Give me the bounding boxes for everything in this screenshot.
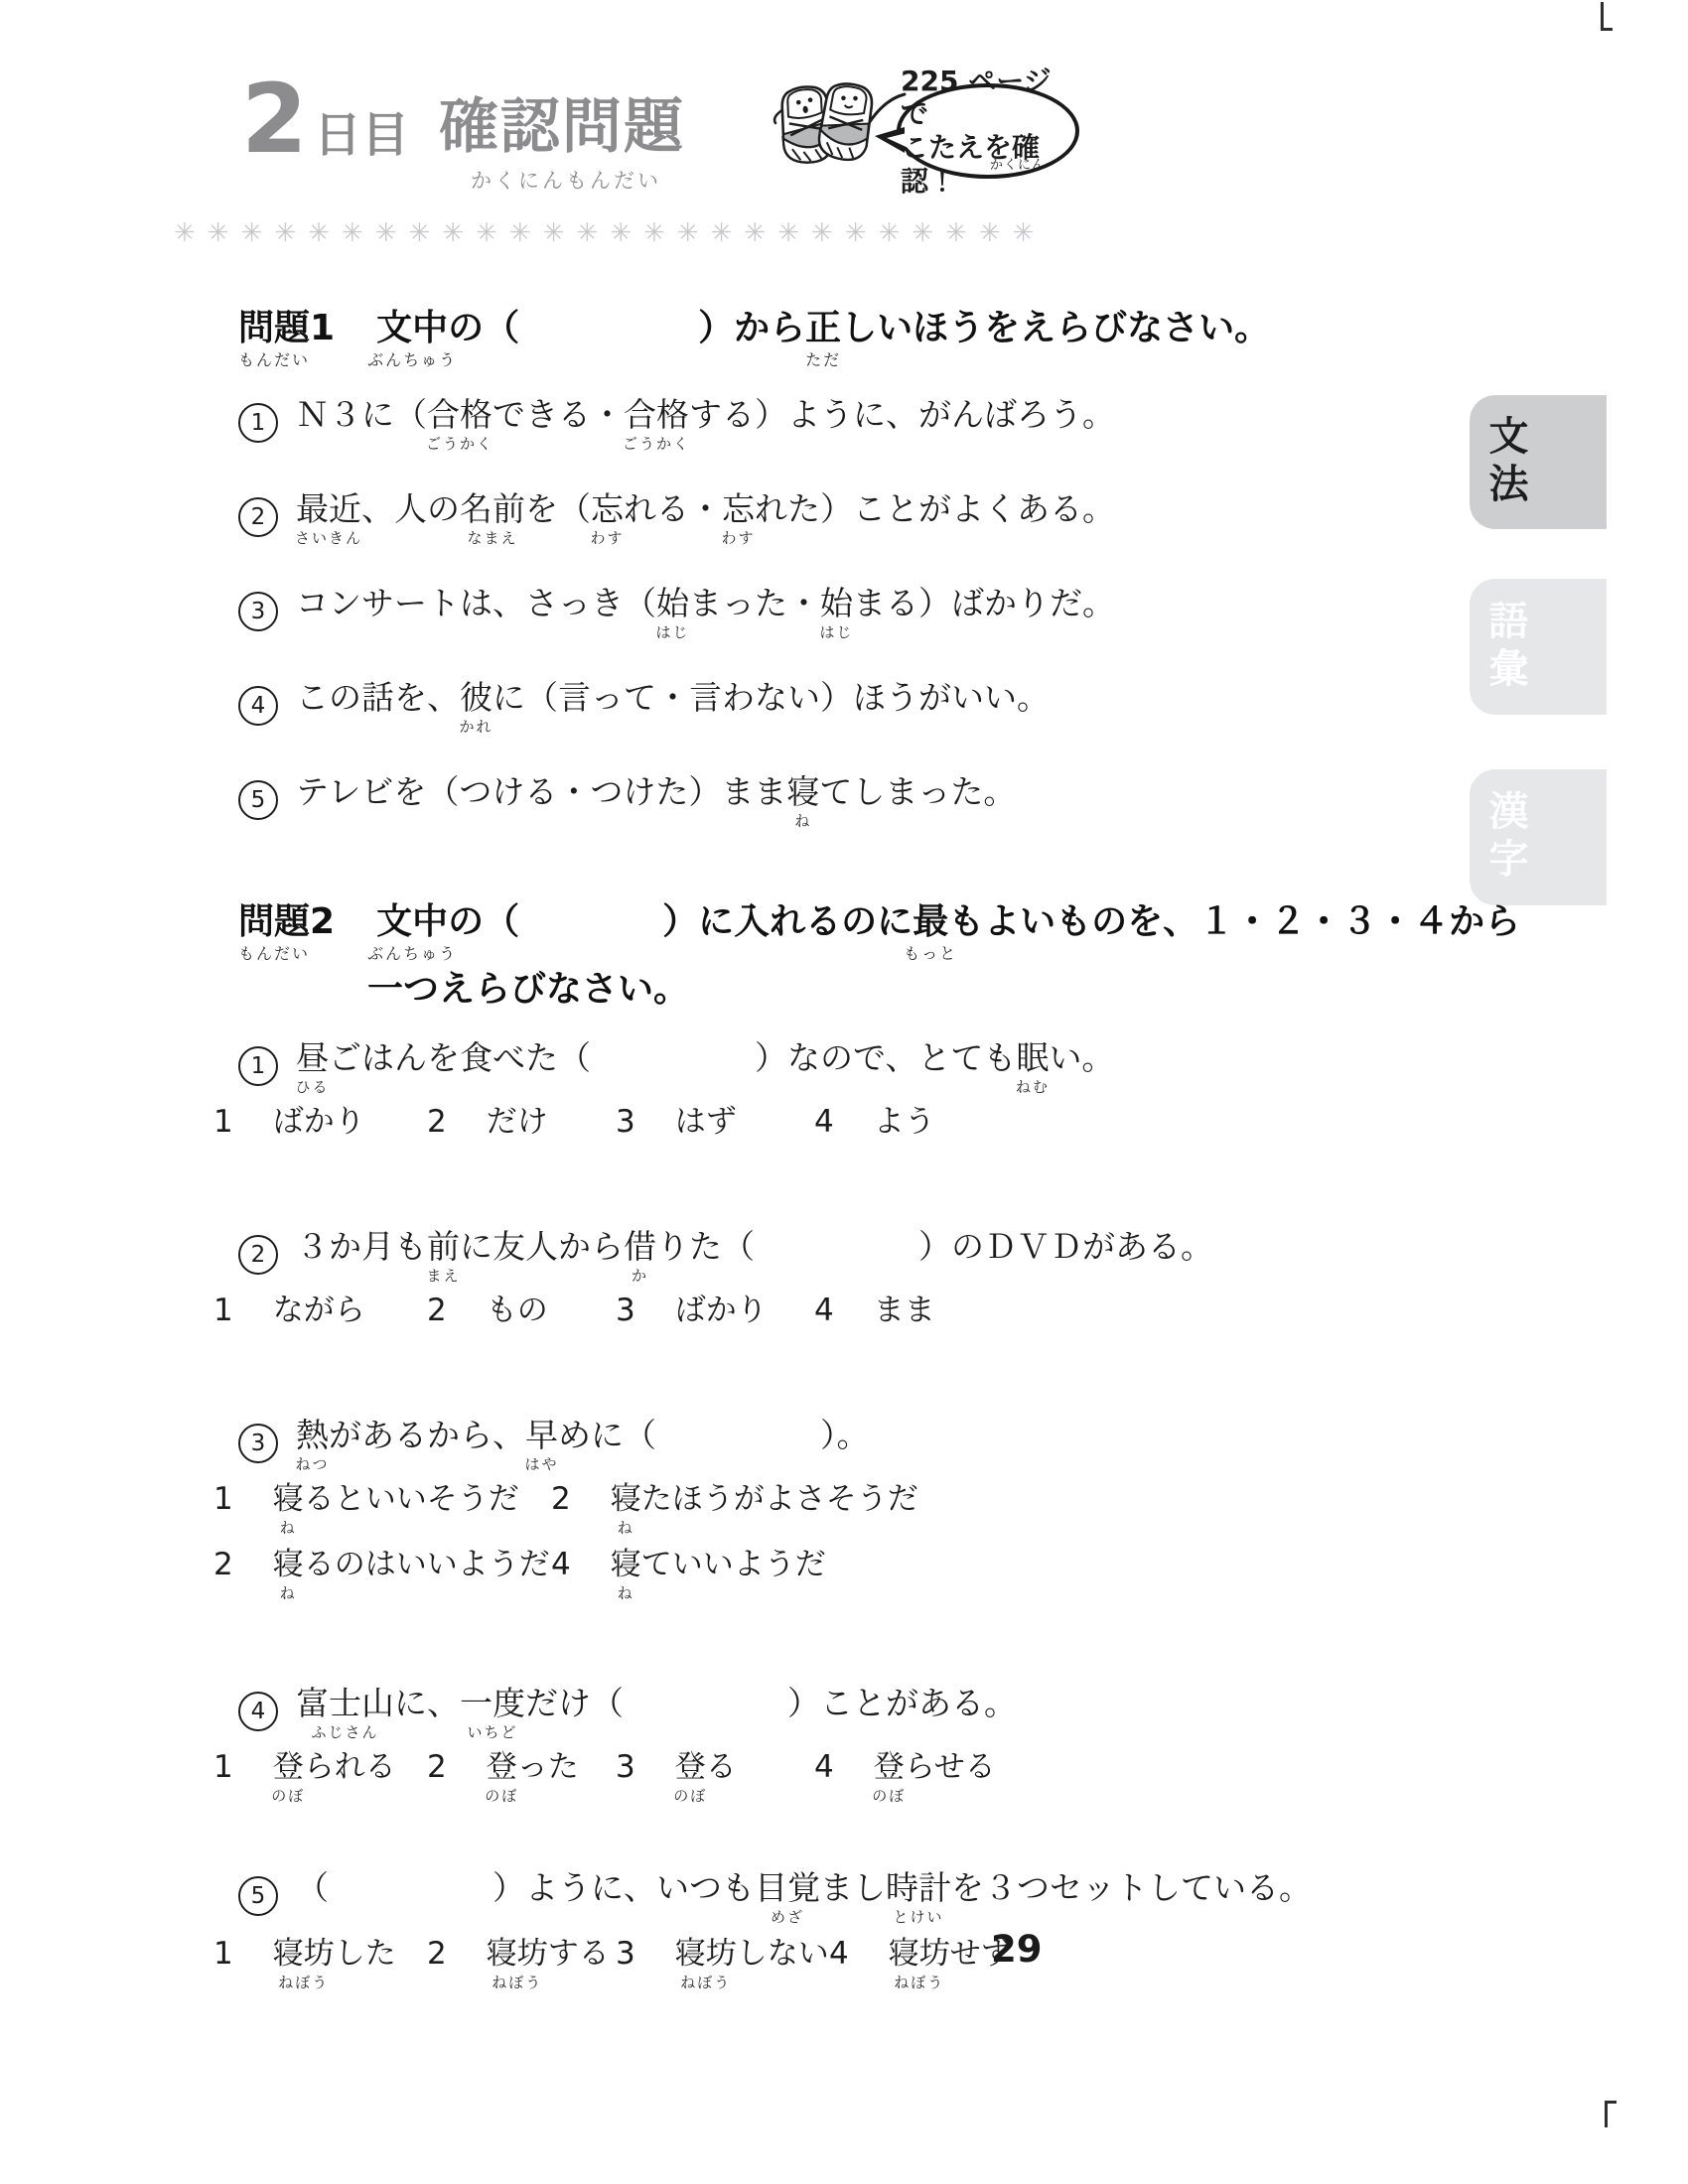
p2-q1-option-4: 4よう	[814, 1096, 935, 1141]
p2-q3-opt4-number: 4	[551, 1547, 571, 1582]
problem2-label: 問題もんだい2	[238, 901, 335, 942]
p2-q1-opt3-number: 3	[616, 1104, 635, 1140]
p2-q3-text: 熱ねつがあるから、早はやめに（ ）。	[296, 1416, 870, 1454]
problem1-label: 問題もんだい1	[238, 308, 335, 348]
problem2-heading: 問題もんだい2文中ぶんちゅうの（ ）に入れるのに最もっともよいものを、１・２・３…	[238, 893, 1520, 944]
p2-q3-opt1-number: 1	[213, 1481, 233, 1517]
p2-q2-option-3: 3ばかり	[616, 1285, 768, 1329]
p2-q5-option-3: 3寝坊ねぼうしない	[616, 1928, 829, 1974]
p2-q1-opt1-number: 1	[213, 1104, 233, 1140]
tab-grammar-label: 文法	[1485, 415, 1525, 510]
p2-q2-opt4-number: 4	[814, 1293, 834, 1328]
bubble-line1: 225 ページで	[901, 65, 1075, 131]
page-title-reading: かくにんもんだい	[442, 165, 690, 195]
p2-q5-opt2-number: 2	[427, 1936, 447, 1972]
p2-q2-opt3-number: 3	[616, 1293, 635, 1328]
p1-question-2: 2最近さいきん、人の名前なまえを（忘わすれる・忘わすれた）ことがよくある。	[238, 483, 1115, 537]
p2-q4-opt3-text: 登のぼる	[675, 1749, 737, 1785]
p2-q1-text: 昼ひるごはんを食べた（ ）なので、とても眠ねむい。	[296, 1038, 1114, 1077]
p2-q1-option-2: 2だけ	[427, 1096, 548, 1141]
p2-q2-opt2-text: もの	[487, 1293, 548, 1328]
p2-q1-opt1-text: ばかり	[273, 1104, 365, 1140]
day-number: 2	[241, 71, 308, 167]
p2-q2-option-1: 1ながら	[213, 1285, 365, 1329]
answer-check-bubble: 225 ページで こたえを確認！ かくにん	[897, 83, 1079, 179]
p2-question-3: 3熱ねつがあるから、早はやめに（ ）。	[238, 1410, 870, 1463]
p2-q4-opt2-number: 2	[427, 1749, 447, 1785]
p2-q5-opt3-text: 寝坊ねぼうしない	[675, 1936, 829, 1972]
p1-q2-number: 2	[238, 497, 278, 537]
p1-q1-number: 1	[238, 403, 278, 443]
problem1-instruction: 文中ぶんちゅうの（ ）から正ただしいほうをえらびなさい。	[376, 308, 1270, 348]
p1-q4-number: 4	[238, 686, 278, 726]
p2-q4-opt4-number: 4	[814, 1749, 834, 1785]
p2-q5-opt3-number: 3	[616, 1936, 635, 1972]
p2-q5-option-1: 1寝坊ねぼうした	[213, 1928, 396, 1974]
decorative-divider: ✳✳✳✳✳✳✳✳✳✳✳✳✳✳✳✳✳✳✳✳✳✳✳✳✳✳	[174, 218, 1046, 248]
p2-q3-option-3: 2寝ねるのはいいようだ	[213, 1539, 550, 1584]
p2-q5-option-4: 4寝坊ねぼうせず	[829, 1928, 1012, 1974]
p2-q4-number: 4	[238, 1692, 278, 1731]
p2-q3-number: 3	[238, 1424, 278, 1463]
p2-q2-number: 2	[238, 1235, 278, 1275]
p1-q3-text: コンサートは、さっき（始はじまった・始はじまる）ばかりだ。	[296, 584, 1115, 622]
p1-q2-text: 最近さいきん、人の名前なまえを（忘わすれる・忘わすれた）ことがよくある。	[296, 489, 1115, 528]
p1-q4-text: この話を、彼かれに（言って・言わない）ほうがいい。	[296, 678, 1050, 717]
p1-question-4: 4この話を、彼かれに（言って・言わない）ほうがいい。	[238, 672, 1050, 726]
page-number: 29	[991, 1928, 1043, 1971]
day-suffix-label: 日目	[314, 111, 409, 159]
p2-q2-option-4: 4まま	[814, 1285, 935, 1329]
p1-q5-number: 5	[238, 780, 278, 820]
p2-q3-opt1-text: 寝ねるといいそうだ	[273, 1481, 519, 1517]
p2-q1-number: 1	[238, 1046, 278, 1086]
p2-q5-number: 5	[238, 1876, 278, 1916]
p2-q5-opt4-number: 4	[829, 1936, 849, 1972]
p2-q2-text: ３か月も前まえに友人から借かりた（ ）のＤＶＤがある。	[296, 1227, 1213, 1266]
p2-q3-opt2-number: 2	[551, 1481, 571, 1517]
p2-q5-opt2-text: 寝坊ねぼうする	[487, 1936, 610, 1972]
p2-q1-opt2-text: だけ	[487, 1104, 548, 1140]
p2-q4-option-4: 4登のぼらせる	[814, 1741, 996, 1787]
p2-q1-opt4-text: よう	[874, 1104, 935, 1140]
p2-q4-opt2-text: 登のぼった	[487, 1749, 579, 1785]
tab-vocabulary-label: 語彙	[1485, 600, 1525, 695]
p2-q4-opt1-number: 1	[213, 1749, 233, 1785]
p2-q3-option-4: 4寝ねていいようだ	[551, 1539, 826, 1584]
textbook-page: 2 日目 確認問題 かくにんもんだい	[0, 0, 1688, 2184]
p2-question-5: 5（ ）ように、いつも目覚めざまし時計とけいを３つセットしている。	[238, 1862, 1312, 1916]
p2-q1-opt4-number: 4	[814, 1104, 834, 1140]
p1-q5-text: テレビを（つける・つけた）まま寝ねてしまった。	[296, 772, 1016, 811]
bubble-furigana: かくにん	[990, 158, 1046, 174]
p2-q3-opt3-number: 2	[213, 1547, 233, 1582]
p2-question-1: 1昼ひるごはんを食べた（ ）なので、とても眠ねむい。	[238, 1032, 1114, 1086]
p1-question-1: 1Ｎ３に（合格ごうかくできる・合格ごうかくする）ように、がんばろう。	[238, 389, 1115, 443]
p2-q5-opt1-number: 1	[213, 1936, 233, 1972]
p2-question-2: 2３か月も前まえに友人から借かりた（ ）のＤＶＤがある。	[238, 1221, 1213, 1275]
shoes-illustration	[770, 69, 909, 174]
p2-q2-opt3-text: ばかり	[675, 1293, 768, 1328]
p2-q2-opt4-text: まま	[874, 1293, 935, 1328]
p2-q5-option-2: 2寝坊ねぼうする	[427, 1928, 610, 1974]
p2-q1-option-3: 3はず	[616, 1096, 737, 1141]
p2-q2-opt1-number: 1	[213, 1293, 233, 1328]
p2-q3-opt2-text: 寝ねたほうがよさそうだ	[611, 1481, 918, 1517]
p2-q4-opt4-text: 登のぼらせる	[874, 1749, 996, 1785]
p2-question-4: 4富士山ふじさんに、一度いちどだけ（ ）ことがある。	[238, 1678, 1017, 1731]
bubble-line2: こたえを確認！	[901, 131, 1075, 198]
p2-q5-opt1-text: 寝坊ねぼうした	[273, 1936, 396, 1972]
p1-q3-number: 3	[238, 592, 278, 631]
tab-kanji: 漢字	[1470, 769, 1607, 905]
p2-q3-opt3-text: 寝ねるのはいいようだ	[273, 1547, 550, 1582]
problem2-instruction-line1: 文中ぶんちゅうの（ ）に入れるのに最もっともよいものを、１・２・３・４から	[376, 901, 1520, 942]
page-title: 確認問題	[439, 97, 685, 157]
p2-q3-option-1: 1寝ねるといいそうだ	[213, 1473, 519, 1519]
p2-q4-option-3: 3登のぼる	[616, 1741, 737, 1787]
crop-mark-top-right-icon	[1601, 2, 1613, 31]
p2-q2-opt2-number: 2	[427, 1293, 447, 1328]
tab-kanji-label: 漢字	[1485, 790, 1525, 886]
p2-q1-opt2-number: 2	[427, 1104, 447, 1140]
p2-q1-option-1: 1ばかり	[213, 1096, 365, 1141]
p1-question-3: 3コンサートは、さっき（始はじまった・始はじまる）ばかりだ。	[238, 578, 1115, 631]
p2-q4-option-2: 2登のぼった	[427, 1741, 579, 1787]
p2-q2-option-2: 2もの	[427, 1285, 548, 1329]
p2-q2-opt1-text: ながら	[273, 1293, 365, 1328]
p2-q5-text: （ ）ように、いつも目覚めざまし時計とけいを３つセットしている。	[296, 1868, 1312, 1907]
p2-q4-text: 富士山ふじさんに、一度いちどだけ（ ）ことがある。	[296, 1684, 1017, 1722]
crop-mark-bottom-right-icon	[1605, 2101, 1617, 2127]
p2-q3-option-2: 2寝ねたほうがよさそうだ	[551, 1473, 918, 1519]
tab-grammar: 文法	[1470, 395, 1607, 529]
p2-q4-option-1: 1登のぼられる	[213, 1741, 396, 1787]
problem2-instruction-line2: 一つえらびなさい。	[367, 961, 689, 1012]
tab-vocabulary: 語彙	[1470, 579, 1607, 715]
p2-q1-opt3-text: はず	[675, 1104, 737, 1140]
p2-q4-opt1-text: 登のぼられる	[273, 1749, 396, 1785]
p2-q3-opt4-text: 寝ねていいようだ	[611, 1547, 826, 1582]
problem1-heading: 問題もんだい1文中ぶんちゅうの（ ）から正ただしいほうをえらびなさい。	[238, 300, 1270, 350]
p2-q4-opt3-number: 3	[616, 1749, 635, 1785]
p1-question-5: 5テレビを（つける・つけた）まま寝ねてしまった。	[238, 766, 1016, 820]
p1-q1-text: Ｎ３に（合格ごうかくできる・合格ごうかくする）ように、がんばろう。	[296, 395, 1115, 434]
